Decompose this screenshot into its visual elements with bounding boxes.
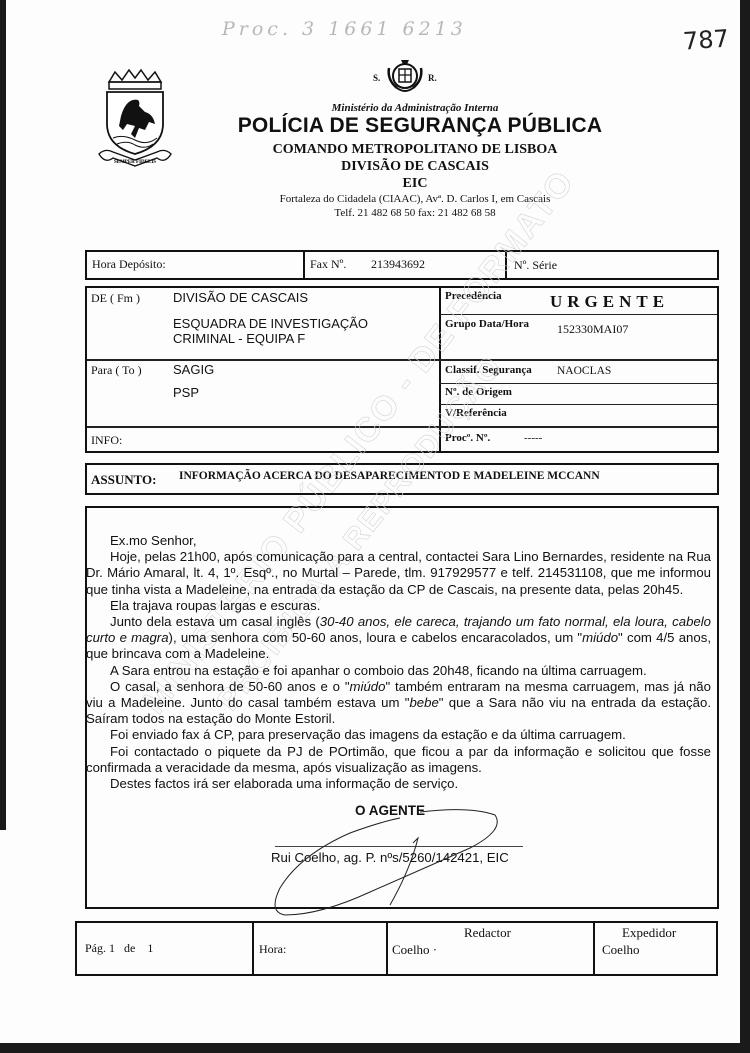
precedencia-value: URGENTE xyxy=(550,292,669,312)
paragraph-5: O casal, a senhora de 50-60 anos e o "mi… xyxy=(86,679,711,728)
from-label: DE ( Fm ) xyxy=(91,291,140,306)
svg-text:SEMPER FIDELIS: SEMPER FIDELIS xyxy=(114,160,156,165)
from-line-3: CRIMINAL - EQUIPA F xyxy=(173,331,305,346)
paragraph-1: Hoje, pelas 21h00, após comunicação para… xyxy=(86,549,711,598)
redactor-value: Coelho · xyxy=(392,942,437,958)
redactor-label: Redactor xyxy=(464,925,511,941)
from-line-2: ESQUADRA DE INVESTIGAÇÃO xyxy=(173,316,368,331)
scan-edge-bottom xyxy=(0,1043,750,1053)
info-label: INFO: xyxy=(91,433,122,448)
precedencia-label: Precedência xyxy=(445,290,502,302)
paragraph-4: A Sara entrou na estação e foi apanhar o… xyxy=(86,663,711,679)
signature-title: O AGENTE xyxy=(355,803,425,818)
organization-title: POLÍCIA DE SEGURANÇA PÚBLICA xyxy=(170,114,670,138)
referencia-label: V/Referência xyxy=(445,407,507,419)
unit-name: EIC xyxy=(200,176,630,192)
serie-label: Nº. Série xyxy=(514,258,557,273)
proc-label: Procº. Nº. xyxy=(445,432,490,444)
signature-line xyxy=(275,846,523,847)
salutation: Ex.mo Senhor, xyxy=(86,533,711,549)
paragraph-8: Destes factos irá ser elaborada uma info… xyxy=(86,776,711,792)
expedidor-label: Expedidor xyxy=(622,925,676,941)
division-name: DIVISÃO DE CASCAIS xyxy=(200,159,630,175)
page-count: Pág. 1 de 1 xyxy=(85,941,153,956)
expedidor-value: Coelho xyxy=(602,942,640,958)
grupo-data-hora-label: Grupo Data/Hora xyxy=(445,318,529,330)
paragraph-6: Foi enviado fax á CP, para preservação d… xyxy=(86,727,711,743)
fax-number-value: 213943692 xyxy=(371,257,425,272)
to-line-2: PSP xyxy=(173,385,199,400)
signature-name: Rui Coelho, ag. P. nºs/5260/142421, EIC xyxy=(271,850,509,865)
grupo-data-hora-value: 152330MAI07 xyxy=(557,322,628,337)
command-name: COMANDO METROPOLITANO DE LISBOA xyxy=(200,142,630,158)
from-line-1: DIVISÃO DE CASCAIS xyxy=(173,290,308,305)
subject-label: ASSUNTO: xyxy=(91,472,157,488)
proc-value: ----- xyxy=(524,432,542,444)
phone-fax: Telf. 21 482 68 50 fax: 21 482 68 58 xyxy=(200,207,630,219)
paragraph-3: Junto dela estava um casal inglês (30-40… xyxy=(86,614,711,663)
seal-letter-s: S. xyxy=(373,73,380,83)
handwritten-process-number: Proc. 3 1661 6213 xyxy=(222,18,467,40)
hora-deposito-label: Hora Depósito: xyxy=(92,257,166,272)
subject-value: INFORMAÇÃO ACERCA DO DESAPARECIMENTOD E … xyxy=(179,470,600,482)
handwritten-page-number: 787 xyxy=(682,24,730,55)
origem-label: Nº. de Origem xyxy=(445,386,512,398)
fax-number-label: Fax Nº. xyxy=(310,257,346,272)
address: Fortaleza do Cidadela (CIAAC), Avª. D. C… xyxy=(200,193,630,205)
paragraph-2: Ela trajava roupas largas e escuras. xyxy=(86,598,711,614)
ministry-name: Ministério da Administração Interna xyxy=(200,102,630,114)
cascais-crest-icon: SEMPER FIDELIS xyxy=(95,68,175,168)
scan-edge-right xyxy=(740,0,750,1053)
paragraph-7: Foi contactado o piquete da PJ de POrtim… xyxy=(86,744,711,776)
portuguese-republic-emblem-icon xyxy=(385,58,425,94)
to-label: Para ( To ) xyxy=(91,363,142,378)
seal-letter-r: R. xyxy=(428,73,437,83)
scan-edge-left xyxy=(0,0,6,830)
classif-seguranca-label: Classif. Segurança xyxy=(445,364,532,376)
to-line-1: SAGIG xyxy=(173,362,214,377)
message-body: Ex.mo Senhor, Hoje, pelas 21h00, após co… xyxy=(86,533,711,792)
footer-hora-label: Hora: xyxy=(259,942,286,957)
classif-seguranca-value: NAOCLAS xyxy=(557,365,611,377)
